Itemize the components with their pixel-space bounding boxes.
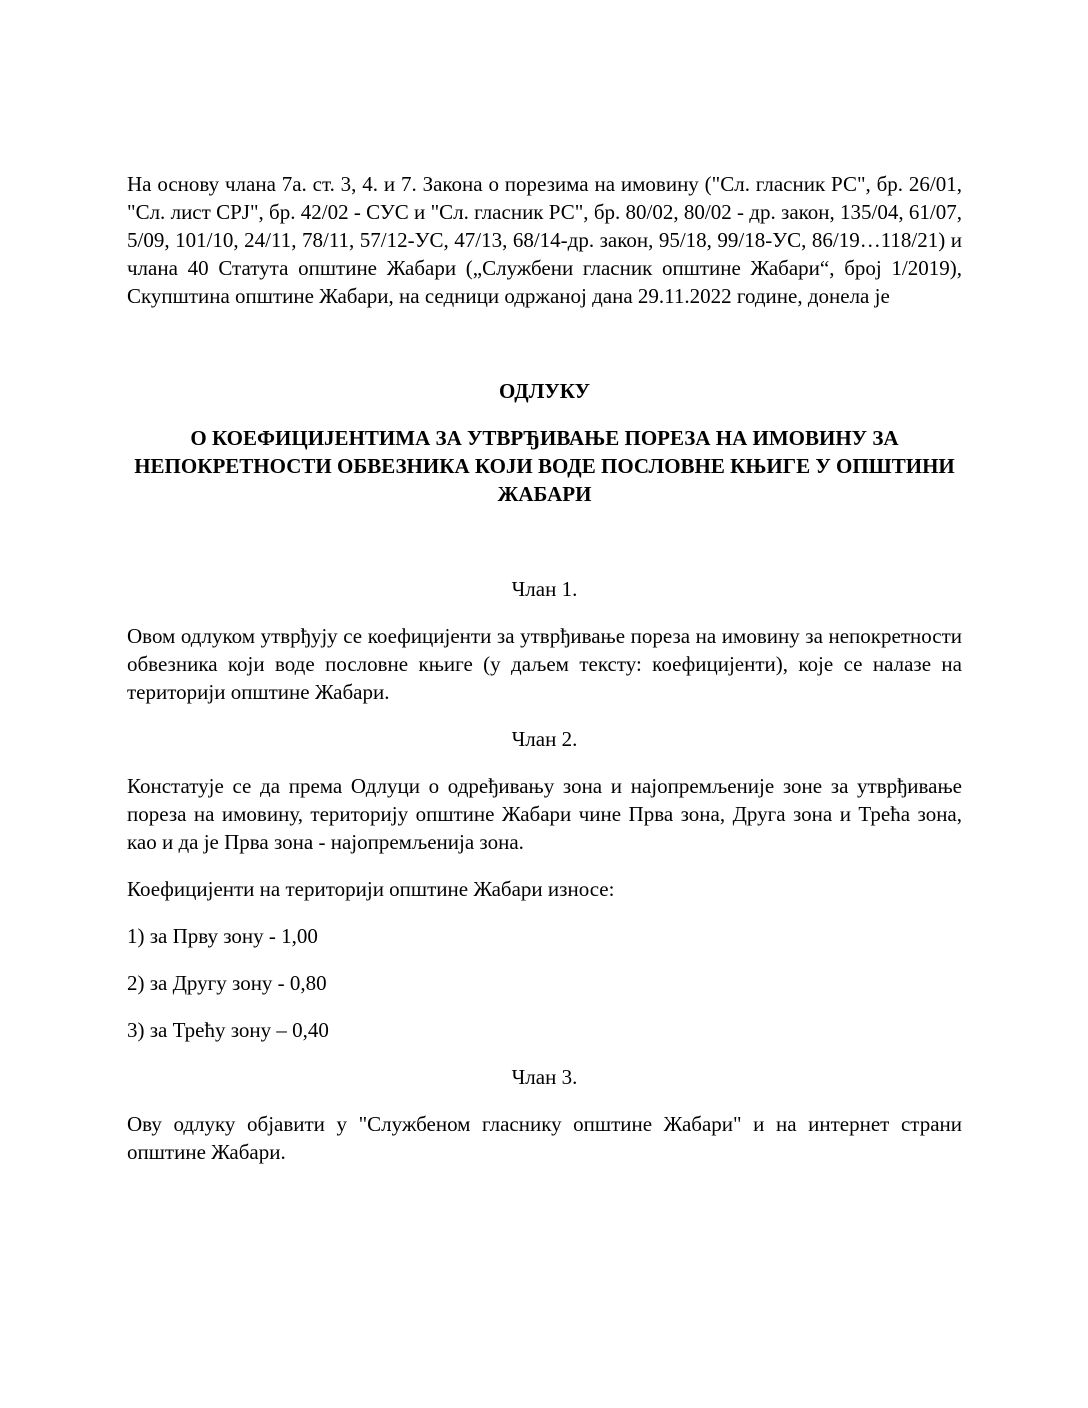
article-3-body: Ову одлуку објавити у "Службеном гласник… [127,1110,962,1166]
document-page: На основу члана 7а. ст. 3, 4. и 7. Закон… [0,0,1088,1408]
zone-coefficient-item-1: 1) за Прву зону - 1,00 [127,922,962,950]
article-3-heading: Члан 3. [127,1063,962,1091]
zone-coefficient-item-2: 2) за Другу зону - 0,80 [127,969,962,997]
zone-coefficient-item-3: 3) за Трећу зону – 0,40 [127,1016,962,1044]
article-2-body-1: Констатује се да према Одлуци о одређива… [127,772,962,856]
article-1-body: Овом одлуком утврђују се коефицијенти за… [127,622,962,706]
intro-paragraph: На основу члана 7а. ст. 3, 4. и 7. Закон… [127,170,962,310]
blank-line [127,527,962,575]
article-1-heading: Члан 1. [127,575,962,603]
decision-word: ОДЛУКУ [127,377,962,405]
decision-title: О КОЕФИЦИЈЕНТИМА ЗА УТВРЂИВАЊЕ ПОРЕЗА НА… [127,424,962,508]
article-2-body-2: Коефицијенти на територији општине Жабар… [127,875,962,903]
blank-line [127,329,962,377]
article-2-heading: Члан 2. [127,725,962,753]
